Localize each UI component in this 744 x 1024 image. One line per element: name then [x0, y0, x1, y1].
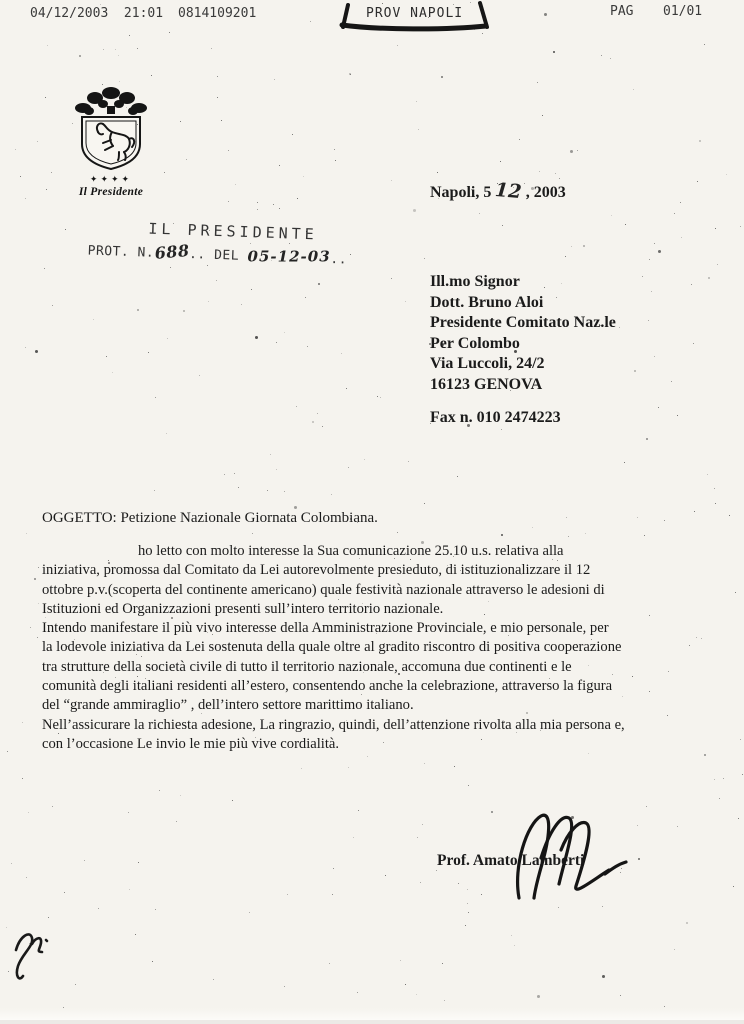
recipient-line: Ill.mo Signor — [430, 272, 616, 293]
dateline-prefix: Napoli, 5 — [430, 184, 491, 201]
recipient-line: Dott. Bruno Aloi — [430, 293, 616, 314]
fax-datetime: 04/12/2003 21:01 — [30, 6, 163, 21]
recipient-fax-number: Fax n. 010 2474223 — [430, 408, 616, 429]
scan-edge-strip — [0, 1020, 744, 1024]
handwritten-initial-mark — [6, 924, 54, 984]
stamp-dots: .. — [189, 247, 206, 263]
recipient-line: Via Luccoli, 24/2 — [430, 354, 616, 375]
body-line: comunità degli italiani residenti all’es… — [42, 677, 625, 696]
letterhead: ✦✦✦✦ Il Presidente — [55, 84, 167, 198]
scanned-fax-letter: 04/12/2003 21:01 0814109201 PROV NAPOLI … — [0, 0, 744, 1024]
body-line: Intendo manifestare il più vivo interess… — [42, 619, 625, 638]
stamp-dots-2: .. — [330, 252, 347, 268]
body-line: Nell’assicurare la richiesta adesione, L… — [42, 716, 625, 735]
dateline: Napoli, 512, 2003 — [430, 180, 566, 202]
recipient-line: 16123 GENOVA — [430, 375, 616, 396]
body-line: tra strutture della società civile di tu… — [42, 658, 625, 677]
body-line: con l’occasione Le invio le mie più vive… — [42, 735, 625, 754]
handwritten-signature — [505, 806, 635, 906]
dateline-suffix: , 2003 — [526, 184, 566, 201]
scan-edge — [0, 1008, 744, 1020]
body-line: la lodevole iniziativa da Lei sostenuta … — [42, 638, 625, 657]
fax-sender-number: 0814109201 — [178, 6, 256, 21]
handwritten-month: 12 — [490, 179, 526, 204]
fax-page-label: PAG — [610, 4, 633, 19]
crown-icon — [69, 84, 153, 116]
body-line: ho letto con molto interesse la Sua comu… — [42, 542, 625, 561]
recipient-block: Ill.mo Signor Dott. Bruno Aloi President… — [430, 272, 616, 429]
recipient-line: Per Colombo — [430, 334, 616, 355]
fax-sender-name: PROV NAPOLI — [366, 6, 463, 21]
letterhead-title: Il Presidente — [55, 186, 167, 198]
handwritten-prot-number: 688 — [154, 241, 190, 263]
stamp-del-label: DEL — [205, 248, 247, 264]
recipient-line: Presidente Comitato Naz.le — [430, 313, 616, 334]
letterhead-stars: ✦✦✦✦ — [55, 174, 167, 185]
body-line: ottobre p.v.(scoperta del continente ame… — [42, 581, 625, 600]
protocol-stamp: IL PRESIDENTE PROT. N.688.. DEL 05-12-03… — [87, 217, 348, 267]
body-line: iniziativa, promossa dal Comitato da Lei… — [42, 561, 625, 580]
body-line: Istituzioni ed Organizzazioni presenti s… — [42, 600, 625, 619]
subject-line: OGGETTO: Petizione Nazionale Giornata Co… — [42, 510, 378, 527]
shield-horse-emblem — [76, 114, 146, 172]
stamp-protocol-line: PROT. N.688.. DEL 05-12-03.. — [87, 239, 347, 267]
handwritten-prot-date: 05-12-03 — [247, 247, 330, 265]
fax-page-value: 01/01 — [663, 4, 702, 19]
body-line: del “grande ammiraglio” , dell’intero se… — [42, 696, 625, 715]
stamp-prot-label: PROT. N. — [87, 243, 154, 260]
letter-body: ho letto con molto interesse la Sua comu… — [42, 542, 625, 754]
